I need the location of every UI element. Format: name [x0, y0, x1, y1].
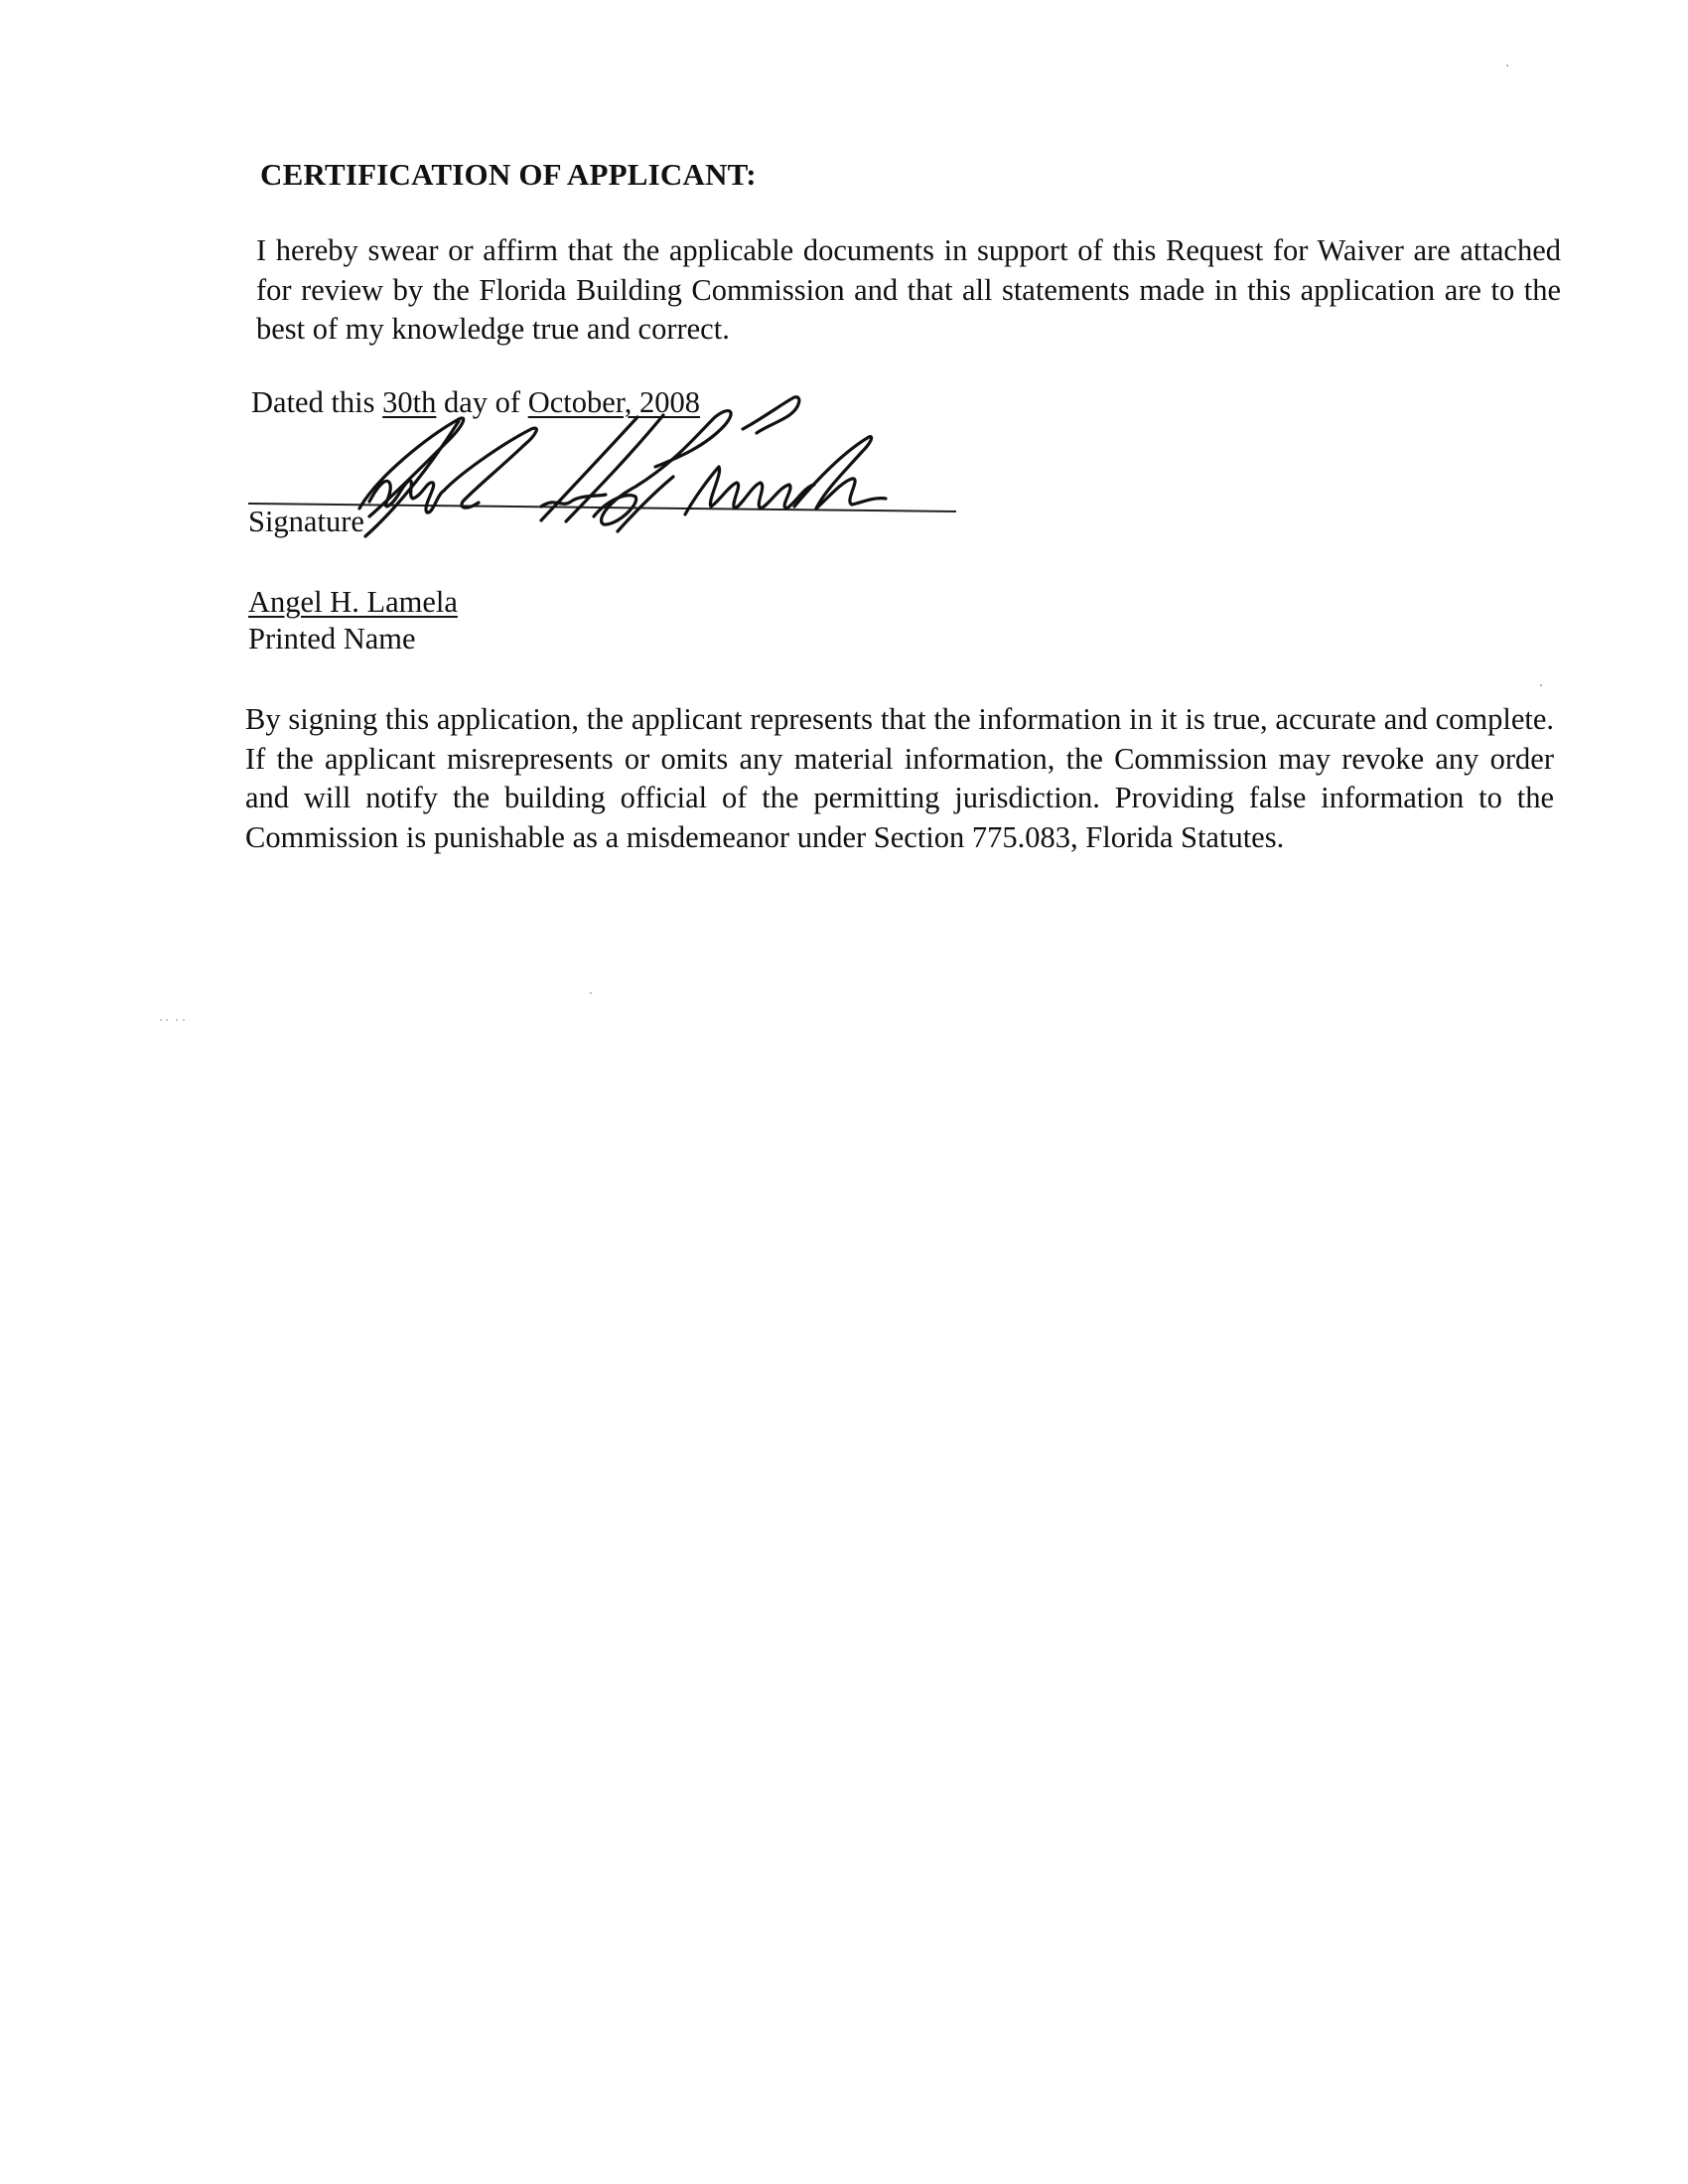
scan-speck-cluster — [160, 1019, 185, 1021]
scan-speck — [590, 992, 592, 994]
affirmation-paragraph: I hereby swear or affirm that the applic… — [256, 231, 1561, 350]
scan-speck — [1506, 65, 1508, 67]
signature-label: Signature — [248, 505, 364, 539]
scan-speck — [1540, 684, 1542, 686]
dated-line: Dated this 30th day of October, 2008 — [251, 385, 700, 420]
dated-middle: day of — [436, 385, 527, 419]
printed-name-value: Angel H. Lamela — [248, 585, 458, 620]
printed-name-label: Printed Name — [248, 622, 416, 656]
dated-prefix: Dated this — [251, 385, 382, 419]
dated-month-year: October, 2008 — [528, 385, 700, 419]
dated-day: 30th — [382, 385, 436, 419]
section-heading: CERTIFICATION OF APPLICANT: — [260, 157, 757, 193]
disclaimer-paragraph: By signing this application, the applica… — [245, 700, 1554, 857]
